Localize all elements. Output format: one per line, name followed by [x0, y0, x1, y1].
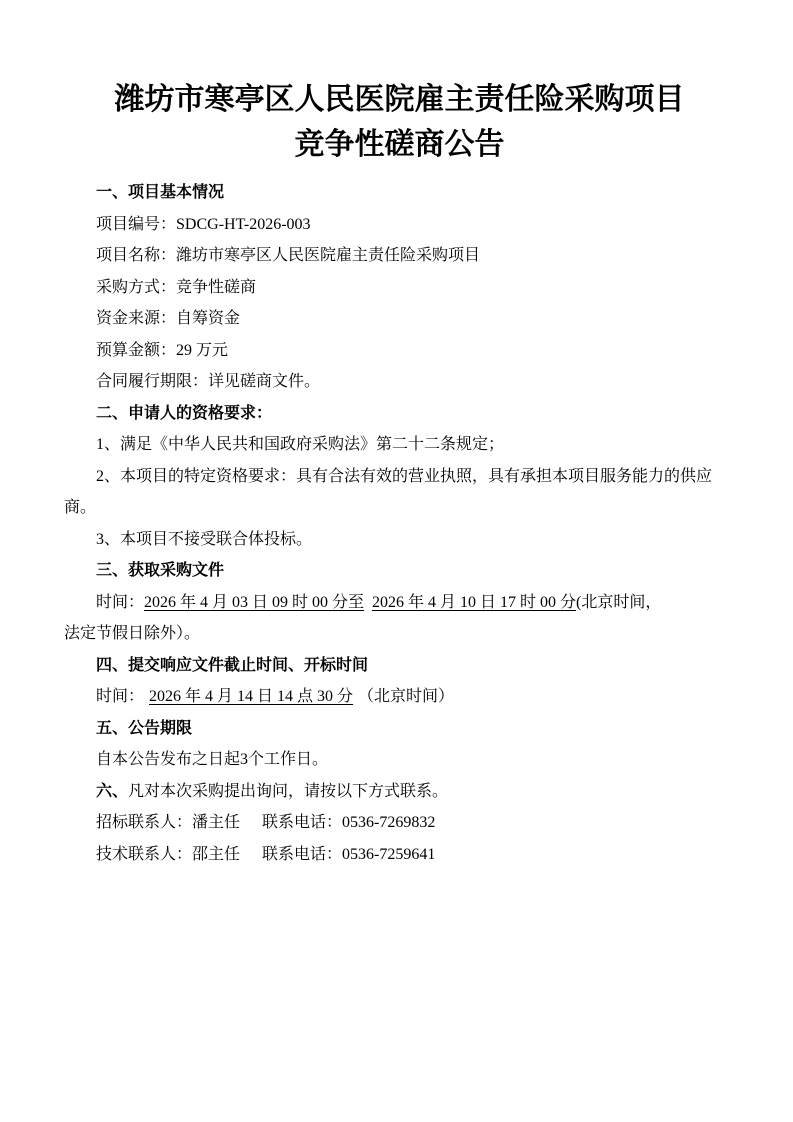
- deadline-time-label: 时间：: [96, 688, 144, 705]
- field-project-number: 项目编号：SDCG-HT-2026-003: [64, 209, 735, 241]
- field-funding-source: 资金来源：自筹资金: [64, 303, 735, 335]
- funding-label: 资金来源：: [96, 310, 176, 327]
- technical-contact-label: 技术联系人：: [96, 846, 192, 863]
- qualification-item3: 3、本项目不接受联合体投标。: [64, 524, 735, 556]
- document-title: 潍坊市寒亭区人民医院雇主责任险采购项目 竞争性磋商公告: [64, 77, 735, 167]
- project-number-label: 项目编号：: [96, 216, 176, 233]
- announcement-period-text: 自本公告发布之日起3个工作日。: [64, 744, 735, 776]
- document-title-line1: 潍坊市寒亭区人民医院雇主责任险采购项目: [64, 77, 735, 122]
- section6-heading: 六、凡对本次采购提出询问，请按以下方式联系。: [64, 776, 735, 808]
- technical-phone-label: 联系电话：: [262, 846, 342, 863]
- contact-row-bidding: 招标联系人：潘主任联系电话：0536-7269832: [64, 807, 735, 839]
- obtain-time-suffix: (北京时间，: [576, 594, 661, 611]
- section3-heading: 三、获取采购文件: [64, 555, 735, 587]
- field-budget: 预算金额：29 万元: [64, 335, 735, 367]
- method-label: 采购方式：: [96, 279, 176, 296]
- section4-heading: 四、提交响应文件截止时间、开标时间: [64, 650, 735, 682]
- technical-contact-name: 邵主任: [192, 846, 240, 863]
- section5-heading: 五、公告期限: [64, 713, 735, 745]
- contact-row-technical: 技术联系人：邵主任联系电话：0536-7259641: [64, 839, 735, 871]
- section2-heading: 二、申请人的资格要求：: [64, 398, 735, 430]
- project-name-label: 项目名称：: [96, 247, 176, 264]
- method-value: 竞争性磋商: [176, 279, 256, 296]
- deadline-time-line: 时间：2026 年 4 月 14 日 14 点 30 分（北京时间）: [64, 681, 735, 713]
- field-contract-period: 合同履行期限：详见磋商文件。: [64, 366, 735, 398]
- budget-value: 29 万元: [176, 342, 228, 359]
- obtain-time-label: 时间：: [96, 594, 144, 611]
- funding-value: 自筹资金: [176, 310, 240, 327]
- bidding-contact-name: 潘主任: [192, 814, 240, 831]
- technical-phone-value: 0536-7259641: [342, 846, 435, 863]
- section6-number: 六、: [96, 783, 128, 800]
- document-page: 潍坊市寒亭区人民医院雇主责任险采购项目 竞争性磋商公告 一、项目基本情况 项目编…: [0, 0, 793, 1122]
- document-obtain-time-line: 时间：2026 年 4 月 03 日 09 时 00 分至2026 年 4 月 …: [64, 587, 735, 619]
- project-number-value: SDCG-HT-2026-003: [176, 216, 311, 233]
- deadline-time-suffix: （北京时间）: [358, 688, 454, 705]
- obtain-time-start: 2026 年 4 月 03 日 09 时 00 分至: [144, 594, 364, 611]
- budget-label: 预算金额：: [96, 342, 176, 359]
- section1-heading: 一、项目基本情况: [64, 177, 735, 209]
- document-obtain-time-wrap: 法定节假日除外）。: [64, 618, 735, 650]
- obtain-time-end: 2026 年 4 月 10 日 17 时 00 分: [372, 594, 576, 611]
- bidding-contact-label: 招标联系人：: [96, 814, 192, 831]
- section6-text: 凡对本次采购提出询问，请按以下方式联系。: [128, 783, 448, 800]
- qualification-item2-line1: 2、本项目的特定资格要求：具有合法有效的营业执照，具有承担本项目服务能力的供应: [64, 461, 735, 493]
- contract-period-label: 合同履行期限：: [96, 373, 208, 390]
- contract-period-value: 详见磋商文件。: [208, 373, 320, 390]
- bidding-phone-label: 联系电话：: [262, 814, 342, 831]
- bidding-phone-value: 0536-7269832: [342, 814, 435, 831]
- field-procurement-method: 采购方式：竞争性磋商: [64, 272, 735, 304]
- field-project-name: 项目名称：潍坊市寒亭区人民医院雇主责任险采购项目: [64, 240, 735, 272]
- qualification-item1: 1、满足《中华人民共和国政府采购法》第二十二条规定；: [64, 429, 735, 461]
- project-name-value: 潍坊市寒亭区人民医院雇主责任险采购项目: [176, 247, 480, 264]
- document-title-line2: 竞争性磋商公告: [64, 122, 735, 167]
- qualification-item2-line2: 商。: [64, 492, 735, 524]
- deadline-time-value: 2026 年 4 月 14 日 14 点 30 分: [149, 688, 353, 705]
